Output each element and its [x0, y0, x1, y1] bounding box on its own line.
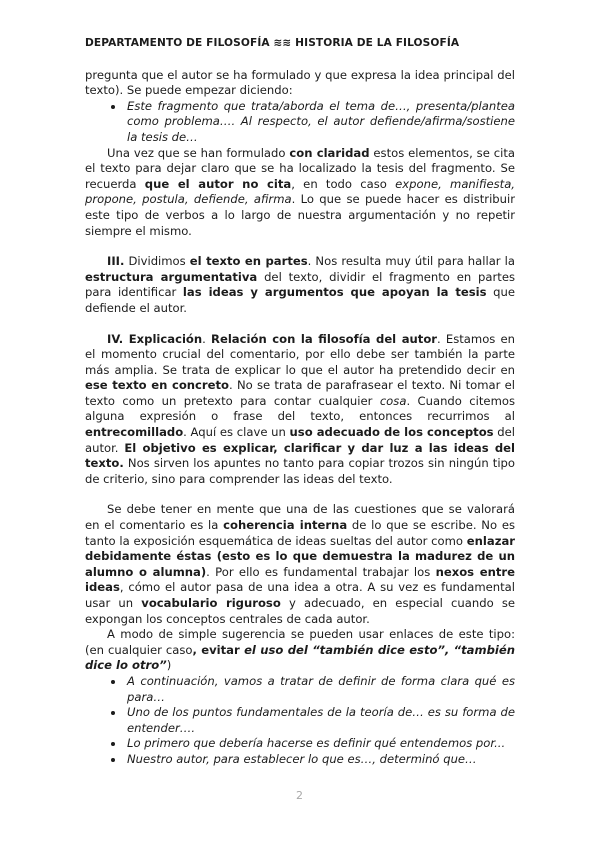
text-run: Este fragmento que trata/aborda el tema … [127, 99, 515, 144]
list-item: Uno de los puntos fundamentales de la te… [125, 705, 515, 736]
text-run: IV. Explicación [107, 332, 202, 346]
enlaces-suggestion-list: A continuación, vamos a tratar de defini… [85, 674, 515, 768]
text-run: Uno de los puntos fundamentales de la te… [127, 705, 515, 735]
text-run: que el autor no cita [145, 177, 291, 191]
text-run: estructura argumentativa [85, 270, 257, 284]
text-run: con claridad [289, 146, 369, 160]
list-item: A continuación, vamos a tratar de defini… [125, 674, 515, 705]
paragraph-section-iv: IV. Explicación. Relación con la filosof… [85, 332, 515, 488]
text-run: Dividimos [124, 254, 189, 268]
text-run: , evitar [192, 643, 244, 657]
text-run: coherencia interna [223, 518, 347, 532]
text-run: Nuestro autor, para establecer lo que es… [127, 752, 477, 766]
text-run: uso adecuado de los conceptos [290, 425, 494, 439]
text-run: ese texto en concreto [85, 378, 229, 392]
page-header-title: DEPARTAMENTO DE FILOSOFÍA ≋≋ HISTORIA DE… [85, 37, 459, 49]
text-run: Nos sirven los apuntes no tanto para cop… [85, 456, 515, 486]
document-page: DEPARTAMENTO DE FILOSOFÍA ≋≋ HISTORIA DE… [0, 0, 599, 848]
text-run: , en todo caso [291, 177, 395, 191]
text-run: pregunta que el autor se ha formulado y … [85, 68, 515, 98]
list-item: Nuestro autor, para establecer lo que es… [125, 752, 515, 768]
text-run: III. [107, 254, 124, 268]
text-run: . Aquí es clave un [183, 425, 289, 439]
list-item: Este fragmento que trata/aborda el tema … [125, 99, 515, 146]
text-run: A continuación, vamos a tratar de defini… [127, 674, 515, 704]
list-item: Lo primero que debería hacerse es defini… [125, 736, 515, 752]
text-run: cosa [380, 394, 407, 408]
text-run: el texto en partes [190, 254, 308, 268]
page-number-value: 2 [296, 789, 303, 802]
text-run: las ideas y argumentos que apoyan la tes… [183, 285, 487, 299]
paragraph-sugerencia: A modo de simple sugerencia se pueden us… [85, 627, 515, 674]
text-run: Relación con la filosofía del autor [211, 332, 437, 346]
text-run: . Por ello es fundamental trabajar los [206, 565, 435, 579]
text-run: vocabulario riguroso [141, 596, 281, 610]
page-number: 2 [0, 788, 599, 804]
paragraph-coherencia: Se debe tener en mente que una de las cu… [85, 502, 515, 627]
text-run: . Nos resulta muy útil para hallar la [308, 254, 515, 268]
text-run: Una vez que se han formulado [107, 146, 289, 160]
paragraph-una-vez: Una vez que se han formulado con clarida… [85, 146, 515, 240]
intro-suggestion-list: Este fragmento que trata/aborda el tema … [85, 99, 515, 146]
page-header: DEPARTAMENTO DE FILOSOFÍA ≋≋ HISTORIA DE… [85, 36, 515, 52]
paragraph-intro: pregunta que el autor se ha formulado y … [85, 68, 515, 99]
paragraph-section-iii: III. Dividimos el texto en partes. Nos r… [85, 254, 515, 316]
text-run: . [202, 332, 211, 346]
text-run: entrecomillado [85, 425, 183, 439]
text-run: ) [167, 658, 172, 672]
text-run: Lo primero que debería hacerse es defini… [127, 736, 505, 750]
